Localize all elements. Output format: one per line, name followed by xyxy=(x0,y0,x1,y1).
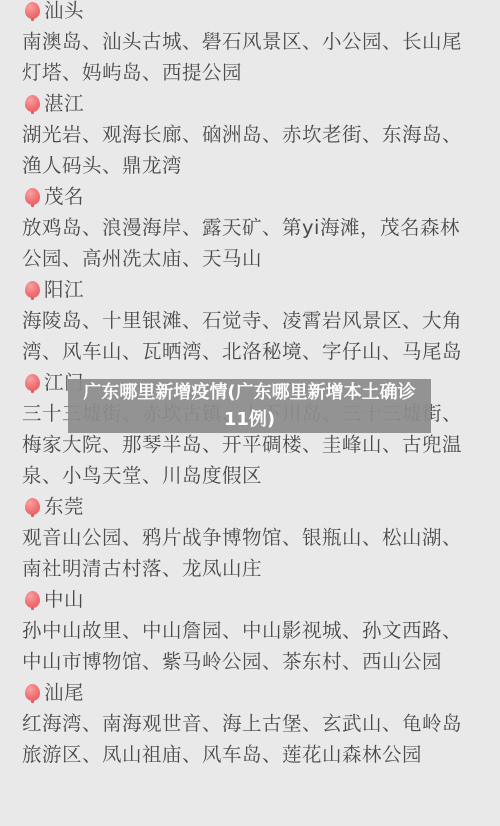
city-heading: 东莞 xyxy=(22,491,470,522)
section-shanwei: 汕尾 红海湾、南海观世音、海上古堡、玄武山、龟岭岛旅游区、凤山祖庙、风车岛、莲花… xyxy=(22,677,470,770)
city-name: 东莞 xyxy=(44,491,84,522)
city-name: 阳江 xyxy=(44,274,84,305)
section-zhongshan: 中山 孙中山故里、中山詹园、中山影视城、孙文西路、中山市博物馆、紫马岭公园、茶东… xyxy=(22,584,470,677)
city-heading: 湛江 xyxy=(22,88,470,119)
places-list: 孙中山故里、中山詹园、中山影视城、孙文西路、中山市博物馆、紫马岭公园、茶东村、西… xyxy=(22,615,470,677)
city-name: 湛江 xyxy=(44,88,84,119)
section-zhanjiang: 湛江 湖光岩、观海长廊、硇洲岛、赤坎老街、东海岛、渔人码头、鼎龙湾 xyxy=(22,88,470,181)
city-heading: 茂名 xyxy=(22,181,470,212)
section-shantou: 汕头 南澳岛、汕头古城、礐石风景区、小公园、长山尾灯塔、妈屿岛、西提公园 xyxy=(22,0,470,88)
balloon-icon xyxy=(25,496,40,518)
balloon-icon xyxy=(25,589,40,611)
places-list: 放鸡岛、浪漫海岸、露天矿、第yi海滩，茂名森林公园、高州冼太庙、天马山 xyxy=(22,212,470,274)
city-heading: 阳江 xyxy=(22,274,470,305)
city-heading: 汕尾 xyxy=(22,677,470,708)
section-dongguan: 东莞 观音山公园、鸦片战争博物馆、银瓶山、松山湖、南社明清古村落、龙凤山庄 xyxy=(22,491,470,584)
section-yangjiang: 阳江 海陵岛、十里银滩、石觉寺、凌霄岩风景区、大角湾、风车山、瓦晒湾、北洛秘境、… xyxy=(22,274,470,367)
balloon-icon xyxy=(25,372,40,394)
places-list: 湖光岩、观海长廊、硇洲岛、赤坎老街、东海岛、渔人码头、鼎龙湾 xyxy=(22,119,470,181)
city-name: 茂名 xyxy=(44,181,84,212)
places-list: 观音山公园、鸦片战争博物馆、银瓶山、松山湖、南社明清古村落、龙凤山庄 xyxy=(22,522,470,584)
title-overlay-banner: 广东哪里新增疫情(广东哪里新增本土确诊11例) xyxy=(68,379,431,433)
balloon-icon xyxy=(25,682,40,704)
city-heading: 汕头 xyxy=(22,0,470,26)
balloon-icon xyxy=(25,186,40,208)
city-name: 汕尾 xyxy=(44,677,84,708)
balloon-icon xyxy=(25,279,40,301)
places-list: 南澳岛、汕头古城、礐石风景区、小公园、长山尾灯塔、妈屿岛、西提公园 xyxy=(22,26,470,88)
places-list: 红海湾、南海观世音、海上古堡、玄武山、龟岭岛旅游区、凤山祖庙、风车岛、莲花山森林… xyxy=(22,708,470,770)
city-heading: 中山 xyxy=(22,584,470,615)
overlay-title: 广东哪里新增疫情(广东哪里新增本土确诊11例) xyxy=(83,382,415,430)
city-name: 中山 xyxy=(44,584,84,615)
city-name: 汕头 xyxy=(44,0,84,26)
balloon-icon xyxy=(25,93,40,115)
section-maoming: 茂名 放鸡岛、浪漫海岸、露天矿、第yi海滩，茂名森林公园、高州冼太庙、天马山 xyxy=(22,181,470,274)
places-list: 海陵岛、十里银滩、石觉寺、凌霄岩风景区、大角湾、风车山、瓦晒湾、北洛秘境、字仔山… xyxy=(22,305,470,367)
balloon-icon xyxy=(25,0,40,22)
